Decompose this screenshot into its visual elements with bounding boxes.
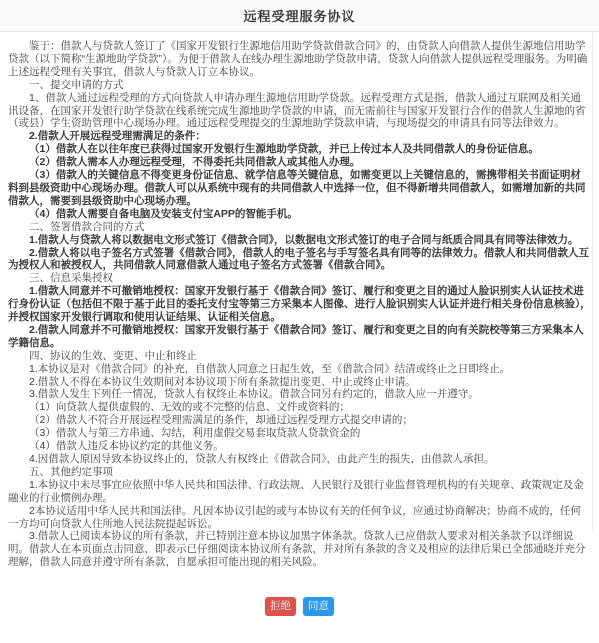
agreement-paragraph: 1.借款人与贷款人将以数据电文形式签订《借款合同》，以数据电文形式签订的电子合同… xyxy=(8,234,591,247)
agreement-paragraph: （2）借款人需本人办理远程受理，不得委托共同借款人或其他人办理。 xyxy=(8,156,591,169)
agreement-paragraph: 1、借款人通过远程受理的方式向贷款人申请办理生源地信用助学贷款。远程受理方式是指… xyxy=(8,92,591,131)
agreement-paragraph: 2.借款人开展远程受理需满足的条件： xyxy=(8,130,591,143)
agreement-paragraph: （3）借款人的关键信息不得变更身份证信息、就学信息等关键信息，如需变更以上关键信… xyxy=(8,169,591,208)
page-header: 远程受理服务协议 xyxy=(0,0,599,32)
agreement-paragraph: 四、协议的生效、变更、中止和终止 xyxy=(8,350,591,363)
agreement-paragraph: 二、签署借款合同的方式 xyxy=(8,221,591,234)
agreement-paragraph: 三、信息采集授权 xyxy=(8,272,591,285)
agreement-paragraph: （1）借款人在以往年度已获得过国家开发银行生源地助学贷款，并已上传过本人及共同借… xyxy=(8,143,591,156)
agreement-paragraph: 2本协议适用中华人民共和国法律。凡因本协议引起的或与本协议有关的任何争议，应通过… xyxy=(8,505,591,531)
agreement-paragraph: 2.借款人同意并不可撤销地授权：国家开发银行基于《借款合同》签订、履行和变更之目… xyxy=(8,324,591,350)
reject-button[interactable]: 拒绝 xyxy=(265,597,296,616)
agree-button[interactable]: 同意 xyxy=(303,597,334,616)
panel-right-border xyxy=(592,32,593,532)
agreement-paragraph: 3.借款人发生下列任一情况，贷款人有权终止本协议。借款合同另有约定的，借款人应一… xyxy=(8,388,591,401)
agreement-paragraph: （4）借款人需要自备电脑及安装支付宝APP的智能手机。 xyxy=(8,208,591,221)
agreement-body: 鉴于：借款人与贷款人签订了《国家开发银行生源地信用助学贷款借款合同》的，由贷款人… xyxy=(0,32,599,569)
page-title: 远程受理服务协议 xyxy=(243,6,355,25)
agreement-paragraph: 3.借款人已阅读本协议的所有条款，并已特别注意本协议加黑字体条款。贷款人已应借款… xyxy=(8,530,591,569)
agreement-paragraph: （1）向贷款人提供虚假的、无效的或不完整的信息、文件或资料的； xyxy=(8,401,591,414)
agreement-paragraph: （2）借款人不符合开展远程受理需满足的条件，却通过远程受理方式提交申请的； xyxy=(8,414,591,427)
agreement-paragraph: 1.借款人同意并不可撤销地授权：国家开发银行基于《借款合同》签订、履行和变更之目… xyxy=(8,285,591,324)
agreement-paragraph: 1.本协议是对《借款合同》的补充，自借款人同意之日起生效，至《借款合同》结清或终… xyxy=(8,363,591,376)
agreement-paragraph: （3）借款人与第三方串通、勾结，利用虚假交易套取贷款人贷款资金的 xyxy=(8,427,591,440)
agreement-paragraph: 五、其他约定事项 xyxy=(8,466,591,479)
action-bar: 拒绝 同意 xyxy=(0,597,599,616)
agreement-paragraph: 4.因借款人原因导致本协议终止的，贷款人有权终止《借款合同》，由此产生的损失，由… xyxy=(8,453,591,466)
agreement-paragraph: 1.本协议中未尽事宜应依照中华人民共和国法律、行政法规、人民银行及银行业监督管理… xyxy=(8,479,591,505)
agreement-paragraph: 2.借款人将以电子签名方式签署《借款合同》，借款人的电子签名与手写签名具有同等的… xyxy=(8,247,591,273)
agreement-paragraph: （4）借款人违反本协议约定的其他义务。 xyxy=(8,440,591,453)
agreement-paragraph: 一、提交申请的方式 xyxy=(8,79,591,92)
agreement-paragraph: 鉴于：借款人与贷款人签订了《国家开发银行生源地信用助学贷款借款合同》的，由贷款人… xyxy=(8,40,591,79)
agreement-paragraph: 2.借款人不得在本协议生效期间对本协议项下所有条款提出变更、中止或终止申请。 xyxy=(8,376,591,389)
